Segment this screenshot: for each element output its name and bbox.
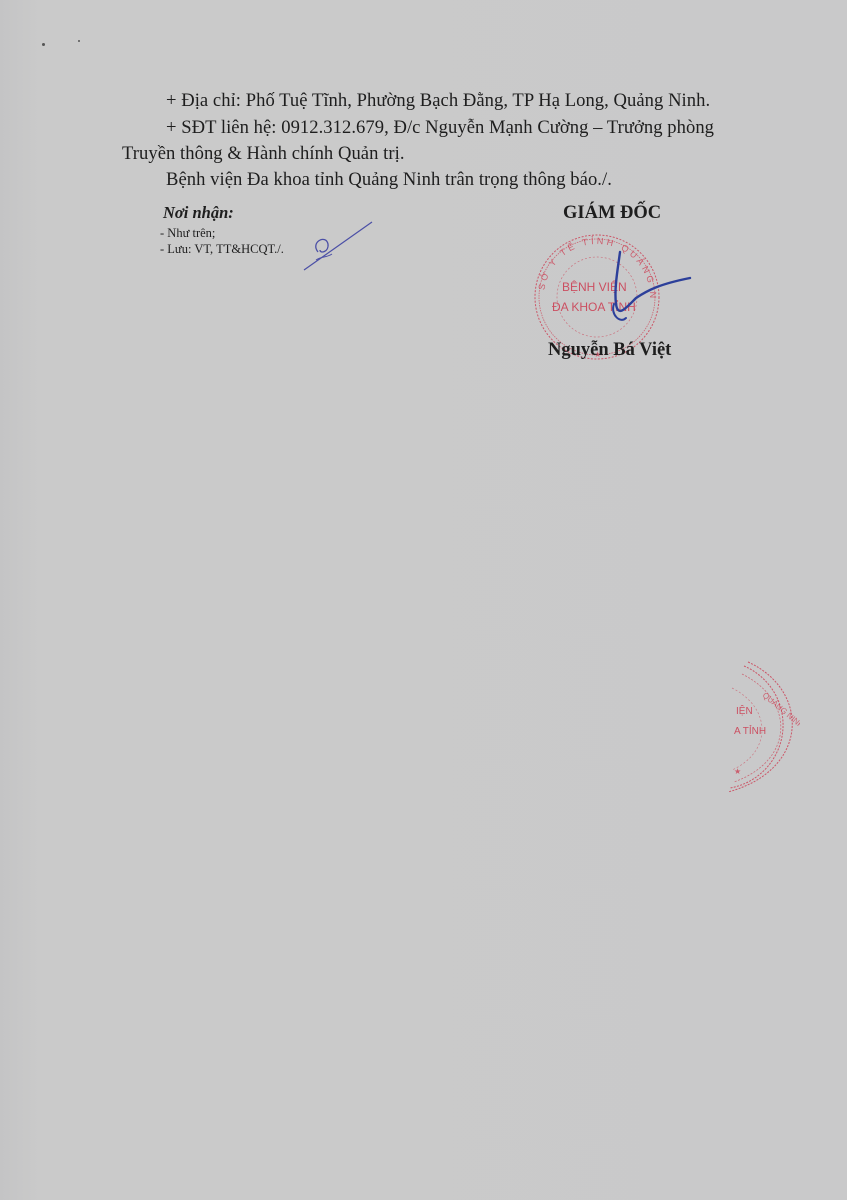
scan-speck — [42, 43, 45, 46]
recipients-title: Nơi nhận: — [163, 203, 284, 223]
recipient-item: - Lưu: VT, TT&HCQT./. — [160, 241, 284, 257]
margin-seal-stamp: QUẢNG NINH IỆN A TỈNH ★ — [700, 660, 800, 800]
partial-seal-line2: A TỈNH — [734, 724, 766, 737]
scan-speck — [78, 40, 80, 42]
closing-line: Bệnh viện Đa khoa tỉnh Quảng Ninh trân t… — [166, 169, 612, 191]
partial-seal-icon: QUẢNG NINH IỆN A TỈNH ★ — [700, 660, 800, 795]
partial-seal-line1: IỆN — [736, 704, 753, 717]
document-page: + Địa chỉ: Phố Tuệ Tĩnh, Phường Bạch Đằn… — [0, 0, 847, 1200]
recipient-item: - Như trên; — [160, 225, 284, 241]
recipients-block: Nơi nhận: - Như trên; - Lưu: VT, TT&HCQT… — [160, 203, 284, 257]
director-signature-icon — [600, 248, 695, 328]
contact-line: + SĐT liên hệ: 0912.312.679, Đ/c Nguyễn … — [166, 117, 714, 139]
svg-text:★: ★ — [734, 767, 741, 776]
address-line: + Địa chỉ: Phố Tuệ Tĩnh, Phường Bạch Đằn… — [166, 90, 710, 112]
contact-line-continuation: Truyền thông & Hành chính Quản trị. — [122, 143, 405, 165]
initial-mark-icon — [296, 220, 376, 276]
signatory-name: Nguyễn Bá Việt — [548, 340, 671, 361]
signatory-title: GIÁM ĐỐC — [563, 203, 661, 224]
